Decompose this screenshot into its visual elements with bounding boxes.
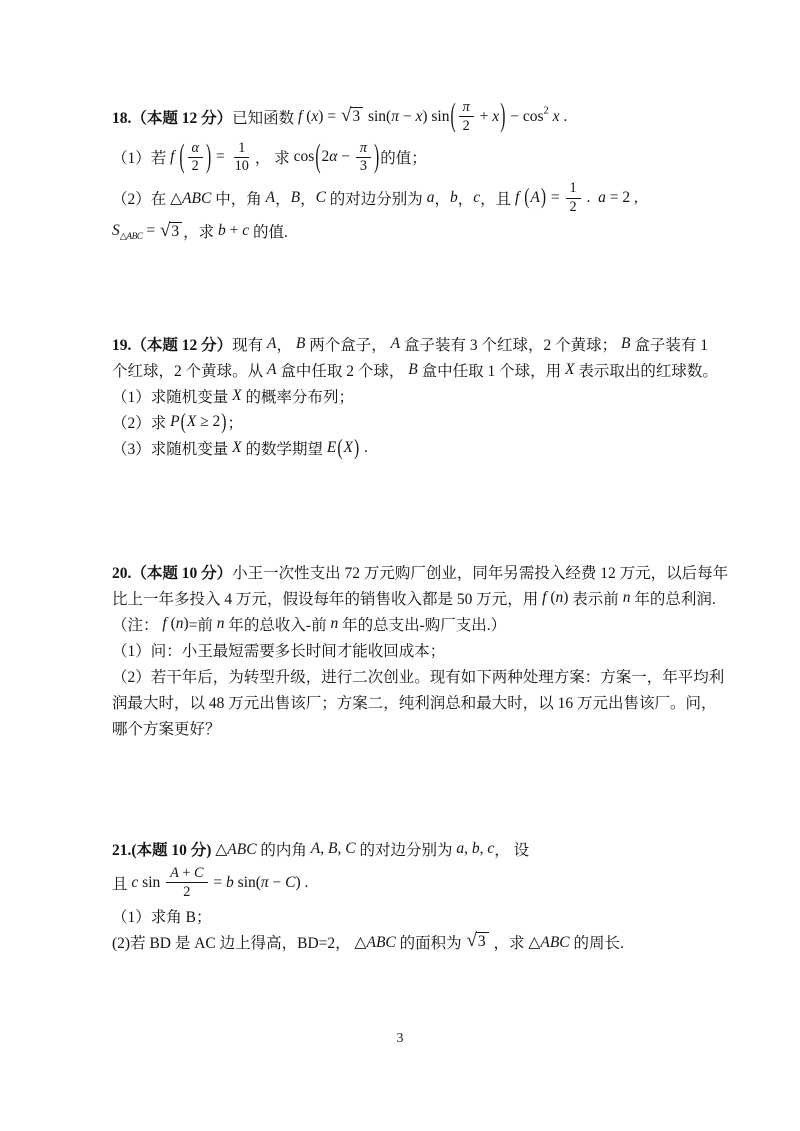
problem-18: 18.（本题 12 分）已知函数 f (x) = √3 sin(π − x) s… bbox=[112, 97, 698, 244]
right-paren: ) bbox=[353, 438, 360, 460]
text-run: 的面积为 bbox=[396, 931, 466, 953]
text-run: ， bbox=[277, 333, 296, 355]
square-root: √3 bbox=[341, 107, 363, 127]
text-line: 18.（本题 12 分）已知函数 f (x) = √3 sin(π − x) s… bbox=[112, 97, 698, 137]
text-line: （3）求随机变量 X 的数学期望 E(X) . bbox=[112, 436, 698, 461]
fraction-numerator: π bbox=[459, 99, 474, 117]
text-run: 已知函数 bbox=[232, 106, 298, 128]
text-run: 盒中任取 2 个球， bbox=[276, 359, 408, 381]
text-run: 的对边分别为 bbox=[356, 838, 457, 860]
math-run: c sin bbox=[131, 874, 164, 892]
fraction: α2 bbox=[188, 140, 203, 176]
fraction-numerator: 1 bbox=[566, 180, 581, 198]
text-run: 的数学期望 bbox=[242, 437, 327, 459]
text-run: ，求 bbox=[490, 931, 529, 953]
fraction: A + C2 bbox=[166, 865, 207, 901]
text-run: （注： bbox=[112, 613, 162, 635]
radicand: 3 bbox=[476, 932, 489, 952]
text-line: （2）若干年后，为转型升级，进行二次创业。现有如下两种处理方案：方案一，年平均利 bbox=[112, 664, 698, 689]
math-run: − cos bbox=[506, 108, 543, 126]
text-line: （2）求 P(X ≥ 2)； bbox=[112, 410, 698, 435]
fraction-denominator: 2 bbox=[459, 117, 474, 134]
text-run: ， bbox=[434, 187, 450, 209]
text-line: 20.（本题 10 分）小王一次性支出 72 万元购厂创业，同年另需投入经费 1… bbox=[112, 560, 698, 585]
fraction-numerator: 1 bbox=[234, 140, 249, 158]
exam-page: 18.（本题 12 分）已知函数 f (x) = √3 sin(π − x) s… bbox=[0, 0, 800, 1131]
text-line: 润最大时，以 48 万元出售该厂；方案二，纯利润总和最大时，以 16 万元出售该… bbox=[112, 690, 698, 715]
text-run: 比上一年多投入 4 万元，假设每年的销售收入都是 50 万元，用 bbox=[112, 587, 542, 609]
math-run: b + c bbox=[218, 222, 249, 240]
text-run: (2)若 BD 是 AC 边上得高，BD=2， bbox=[112, 931, 355, 953]
text-run: ， bbox=[458, 187, 474, 209]
right-paren: ) bbox=[205, 141, 212, 174]
text-run: 哪个方案更好？ bbox=[112, 717, 221, 739]
math-run: E bbox=[327, 439, 336, 457]
superscript: 2 bbox=[544, 106, 549, 117]
fraction-denominator: 3 bbox=[356, 158, 371, 175]
text-run: =前 bbox=[189, 613, 217, 635]
text-line: （1）问：小王最短需要多长时间才能收回成本； bbox=[112, 638, 698, 663]
math-run: △ABC bbox=[170, 189, 211, 208]
left-paren: ( bbox=[180, 412, 187, 434]
math-run: x . bbox=[549, 108, 568, 126]
math-run: f bbox=[515, 189, 523, 207]
math-run: n bbox=[217, 615, 225, 633]
text-line: （1）求角 B； bbox=[112, 904, 698, 929]
math-run: . a = 2 , bbox=[583, 189, 638, 207]
fraction-numerator: A + C bbox=[166, 865, 207, 883]
text-run: 盒子装有 1 bbox=[630, 333, 708, 355]
bold-heading-text: 21.(本题 10 分) bbox=[112, 838, 215, 860]
math-run: f (n) bbox=[542, 589, 568, 607]
text-line: （注： f (n)=前 n 年的总收入-前 n 年的总支出-购厂支出.） bbox=[112, 612, 698, 637]
math-run: f (n) bbox=[162, 615, 188, 633]
text-line: S△ABC = √3，求 b + c 的值. bbox=[112, 219, 698, 244]
right-paren: ) bbox=[540, 187, 547, 209]
math-run: = bbox=[212, 148, 229, 166]
math-run: A bbox=[267, 335, 276, 353]
math-run: = bbox=[142, 222, 159, 240]
math-run: A bbox=[530, 189, 539, 207]
text-run: ，且 bbox=[480, 187, 515, 209]
text-run: （2）在 bbox=[112, 187, 170, 209]
text-run: 的值； bbox=[380, 146, 427, 168]
fraction-denominator: 10 bbox=[231, 158, 253, 175]
text-run: 年的总利润. bbox=[630, 587, 715, 609]
math-run: B bbox=[621, 335, 630, 353]
math-run: △ABC bbox=[215, 840, 256, 859]
math-run: B bbox=[296, 335, 305, 353]
math-run: A bbox=[267, 361, 276, 379]
math-run: a bbox=[427, 189, 435, 207]
text-run: ， bbox=[275, 187, 291, 209]
right-paren: ) bbox=[220, 412, 227, 434]
subscript: △ABC bbox=[120, 231, 143, 242]
text-line: （1）求随机变量 X 的概率分布列； bbox=[112, 384, 698, 409]
math-run: = bbox=[547, 189, 564, 207]
text-run: （1）问：小王最短需要多长时间才能收回成本； bbox=[112, 639, 445, 661]
text-line: 比上一年多投入 4 万元，假设每年的销售收入都是 50 万元，用 f (n) 表… bbox=[112, 586, 698, 611]
math-run: X ≥ 2 bbox=[187, 413, 220, 431]
math-run: f (x) = bbox=[298, 108, 340, 126]
fraction-denominator: 2 bbox=[179, 883, 194, 900]
math-run: B bbox=[291, 189, 300, 207]
right-paren: ) bbox=[499, 101, 506, 134]
math-run: = b sin(π − C) . bbox=[210, 874, 309, 892]
math-run: B bbox=[408, 361, 417, 379]
math-run: C bbox=[316, 189, 326, 207]
text-run: （1）求随机变量 bbox=[112, 385, 232, 407]
left-paren: ( bbox=[178, 141, 185, 174]
math-run: △ABC bbox=[528, 933, 569, 952]
text-run: 的对边分别为 bbox=[326, 187, 427, 209]
text-run: ， 求 bbox=[255, 146, 294, 168]
text-run: 且 bbox=[112, 872, 131, 894]
text-run: 中，角 bbox=[211, 187, 265, 209]
math-run: + x bbox=[476, 108, 499, 126]
text-run: 的内角 bbox=[257, 838, 311, 860]
left-paren: ( bbox=[336, 438, 343, 460]
text-run: 年的总支出-购厂支出.） bbox=[338, 613, 506, 635]
text-line: （1）若 f (α2) = 110， 求 cos(2α − π3)的值； bbox=[112, 138, 698, 178]
math-run: X bbox=[565, 361, 574, 379]
problem-19: 19.（本题 12 分）现有 A， B 两个盒子， A 盒子装有 3 个红球，2… bbox=[112, 332, 698, 461]
text-run: 个红球，2 个黄球。从 bbox=[112, 359, 267, 381]
text-run: 表示取出的红球数。 bbox=[574, 359, 717, 381]
text-run: 的概率分布列； bbox=[242, 385, 354, 407]
text-run: 两个盒子， bbox=[305, 333, 390, 355]
text-run: 润最大时，以 48 万元出售该厂；方案二，纯利润总和最大时，以 16 万元出售该… bbox=[112, 691, 717, 713]
text-line: （2）在 △ABC 中，角 A，B，C 的对边分别为 a，b，c，且 f (A)… bbox=[112, 178, 698, 218]
math-run: A bbox=[391, 335, 400, 353]
left-paren: ( bbox=[314, 141, 321, 174]
fraction-denominator: 2 bbox=[566, 199, 581, 216]
fraction-denominator: 2 bbox=[188, 158, 203, 175]
math-run: a, b, c bbox=[456, 840, 494, 858]
text-run: 的值. bbox=[249, 220, 288, 242]
radicand: 3 bbox=[350, 107, 363, 127]
math-run: n bbox=[330, 615, 338, 633]
text-run: 年的总收入-前 bbox=[225, 613, 331, 635]
text-run: 现有 bbox=[232, 333, 267, 355]
text-run: （3）求随机变量 bbox=[112, 437, 232, 459]
math-run: c bbox=[473, 189, 480, 207]
math-run: f bbox=[170, 148, 178, 166]
math-run: 2α − bbox=[322, 148, 354, 166]
text-run: 表示前 bbox=[568, 587, 622, 609]
fraction-numerator: π bbox=[356, 140, 371, 158]
text-run: 的周长. bbox=[570, 931, 624, 953]
left-paren: ( bbox=[449, 101, 456, 134]
text-run: ， 设 bbox=[494, 838, 529, 860]
math-run: b bbox=[450, 189, 458, 207]
radicand: 3 bbox=[169, 222, 182, 242]
math-run: X bbox=[232, 387, 241, 405]
left-paren: ( bbox=[523, 187, 530, 209]
page-number: 3 bbox=[0, 1031, 800, 1047]
fraction: π2 bbox=[459, 99, 474, 135]
text-run: ， bbox=[300, 187, 316, 209]
text-run: 小王一次性支出 72 万元购厂创业，同年另需投入经费 12 万元，以后每年 bbox=[232, 561, 728, 583]
text-run: （2）求 bbox=[112, 411, 170, 433]
problem-20: 20.（本题 10 分）小王一次性支出 72 万元购厂创业，同年另需投入经费 1… bbox=[112, 560, 698, 741]
math-run: A, B, C bbox=[311, 840, 356, 858]
bold-heading-text: 20.（本题 10 分） bbox=[112, 561, 232, 583]
text-run: 盒子装有 3 个红球，2 个黄球； bbox=[400, 333, 621, 355]
fraction: 110 bbox=[231, 140, 253, 176]
math-run: S bbox=[112, 222, 120, 240]
text-run: （1）求角 B； bbox=[112, 905, 211, 927]
math-run: . bbox=[360, 439, 368, 457]
fraction: π3 bbox=[356, 140, 371, 176]
text-run: （1）若 bbox=[112, 146, 170, 168]
square-root: √3 bbox=[160, 222, 182, 242]
text-run: （2）若干年后，为转型升级，进行二次创业。现有如下两种处理方案：方案一，年平均利 bbox=[112, 665, 724, 687]
text-line: (2)若 BD 是 AC 边上得高，BD=2， △ABC 的面积为 √3 ，求 … bbox=[112, 930, 698, 955]
bold-heading-text: 18.（本题 12 分） bbox=[112, 106, 232, 128]
math-run: A bbox=[266, 189, 275, 207]
bold-heading-text: 19.（本题 12 分） bbox=[112, 333, 232, 355]
math-run: sin(π − x) sin bbox=[364, 108, 449, 126]
problems: 18.（本题 12 分）已知函数 f (x) = √3 sin(π − x) s… bbox=[112, 96, 698, 956]
math-run: X bbox=[232, 439, 241, 457]
text-line: 且 c sin A + C2 = b sin(π − C) . bbox=[112, 863, 698, 903]
fraction-numerator: α bbox=[188, 140, 203, 158]
math-run: X bbox=[344, 439, 353, 457]
text-line: 哪个方案更好？ bbox=[112, 716, 698, 741]
problem-21: 21.(本题 10 分) △ABC 的内角 A, B, C 的对边分别为 a, … bbox=[112, 837, 698, 955]
fraction: 12 bbox=[566, 180, 581, 216]
text-run: 盒中任取 1 个球，用 bbox=[418, 359, 565, 381]
math-run: cos bbox=[294, 148, 315, 166]
text-run: ； bbox=[227, 411, 243, 433]
math-run: n bbox=[623, 589, 631, 607]
text-line: 21.(本题 10 分) △ABC 的内角 A, B, C 的对边分别为 a, … bbox=[112, 837, 698, 862]
right-paren: ) bbox=[373, 141, 380, 174]
text-line: 19.（本题 12 分）现有 A， B 两个盒子， A 盒子装有 3 个红球，2… bbox=[112, 332, 698, 357]
square-root: √3 bbox=[467, 932, 489, 952]
text-run: ，求 bbox=[183, 220, 218, 242]
math-run: P bbox=[170, 413, 179, 431]
text-line: 个红球，2 个黄球。从 A 盒中任取 2 个球， B 盒中任取 1 个球，用 X… bbox=[112, 358, 698, 383]
math-run: △ABC bbox=[355, 933, 396, 952]
